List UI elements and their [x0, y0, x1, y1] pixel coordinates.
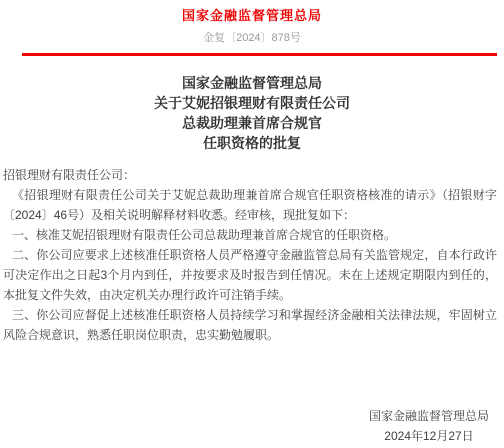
document-title: 国家金融监督管理总局 关于艾妮招银理财有限责任公司 总裁助理兼首席合规官 任职资…: [0, 73, 504, 153]
document-title-line-3: 总裁助理兼首席合规官: [0, 113, 504, 133]
signature-authority-name: 国家金融监督管理总局: [369, 406, 489, 426]
signature-block: 国家金融监督管理总局 2024年12月27日: [369, 406, 489, 446]
salutation: 招银理财有限责任公司：: [3, 165, 497, 185]
body-paragraph-item-3: 三、你公司应督促上述核准任职资格人员持续学习和掌握经济金融相关法律法规，牢固树立…: [3, 305, 497, 345]
letterhead-authority-name: 国家金融监督管理总局: [0, 0, 504, 23]
document-reference-number: 金复〔2024〕878号: [0, 32, 504, 44]
document-body: 招银理财有限责任公司： 《招银理财有限责任公司关于艾妮总裁助理兼首席合规官任职资…: [0, 165, 504, 345]
body-paragraph-item-2: 二、你公司应要求上述核准任职资格人员严格遵守金融监管总局有关监管规定，自本行政许…: [3, 245, 497, 305]
document-title-line-1: 国家金融监督管理总局: [0, 73, 504, 93]
body-paragraph-intro: 《招银理财有限责任公司关于艾妮总裁助理兼首席合规官任职资格核准的请示》（招银财字…: [3, 185, 497, 225]
document-footer: 国家金融监督管理总局 2024年12月27日: [0, 406, 504, 446]
document-title-line-4: 任职资格的批复: [0, 133, 504, 153]
approval-document-page: 国家金融监督管理总局 金复〔2024〕878号 国家金融监督管理总局 关于艾妮招…: [0, 0, 504, 448]
document-title-line-2: 关于艾妮招银理财有限责任公司: [0, 93, 504, 113]
red-divider-line: [22, 53, 497, 56]
signature-date: 2024年12月27日: [369, 426, 489, 446]
body-paragraph-item-1: 一、核准艾妮招银理财有限责任公司总裁助理兼首席合规官的任职资格。: [3, 225, 497, 245]
